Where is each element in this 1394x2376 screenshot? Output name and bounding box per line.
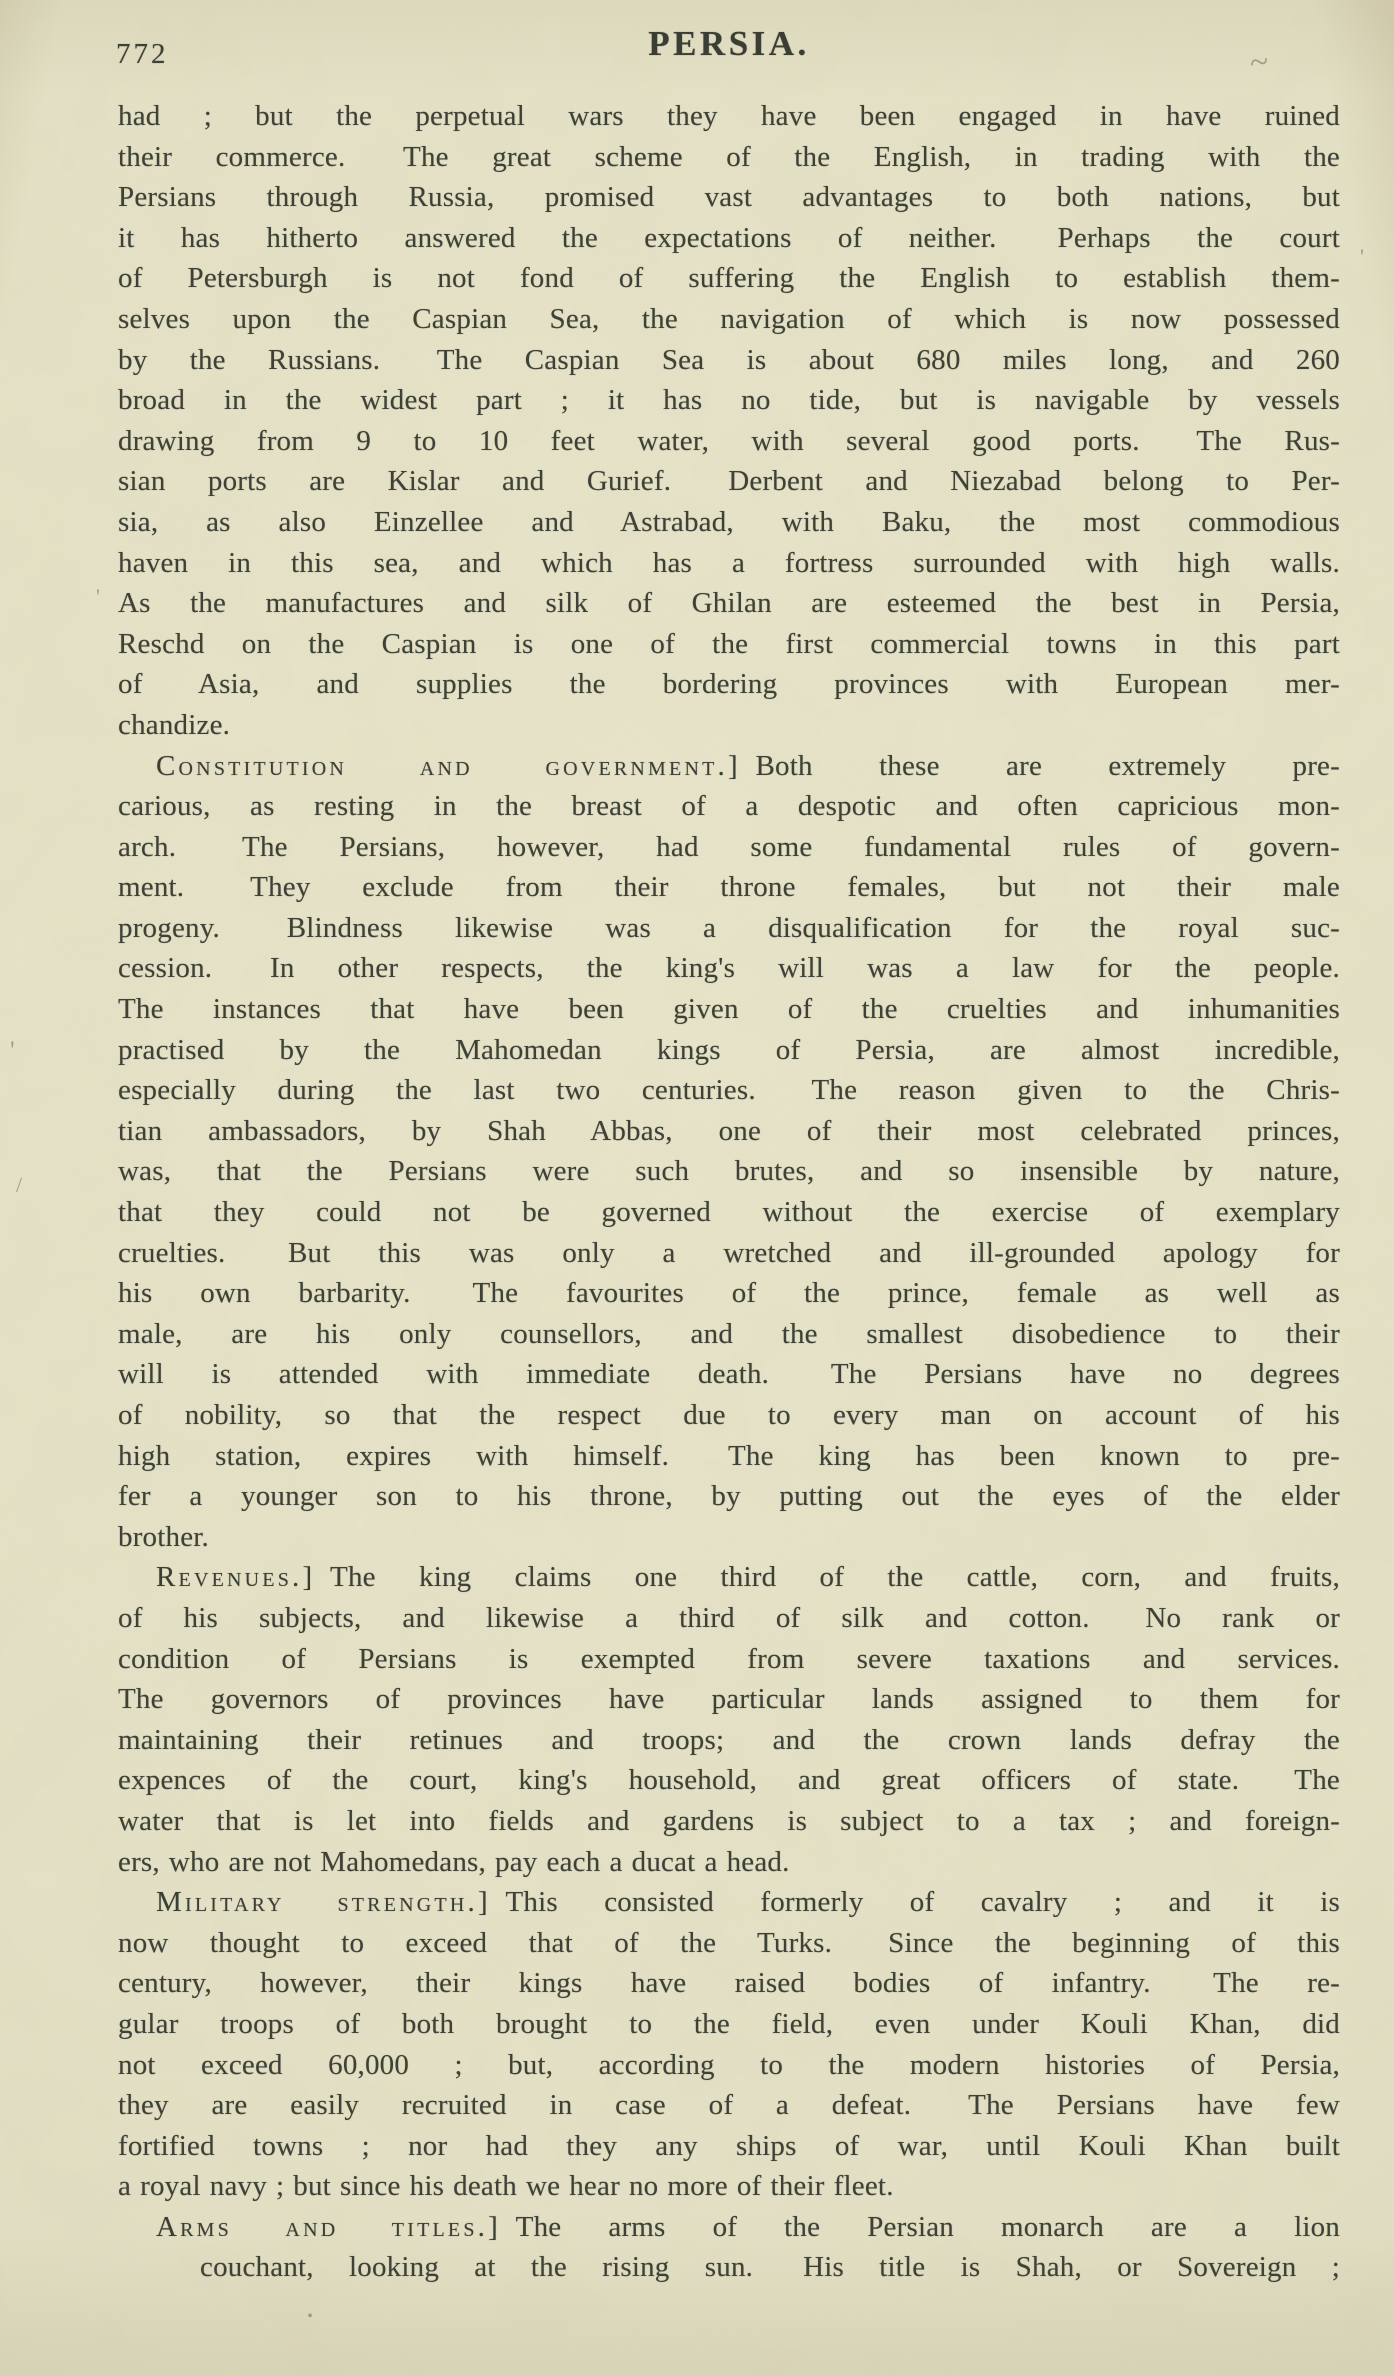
text-line: Military strength.] This consisted forme…: [118, 1882, 1340, 1923]
text-line: now thought to exceed that of the Turks.…: [118, 1923, 1340, 1964]
text-line: of his subjects, and likewise a third of…: [118, 1598, 1340, 1639]
scan-speck: ': [1360, 246, 1364, 268]
text-line: cruelties. But this was only a wretched …: [118, 1233, 1340, 1274]
text-line: tian ambassadors, by Shah Abbas, one of …: [118, 1111, 1340, 1152]
text-line: had ; but the perpetual wars they have b…: [118, 96, 1340, 137]
text-line: As the manufactures and silk of Ghilan a…: [118, 583, 1340, 624]
text-line: Persians through Russia, promised vast a…: [118, 177, 1340, 218]
running-title: PERSIA.: [118, 24, 1340, 64]
section-heading: Military strength.]: [156, 1886, 491, 1918]
text-line: condition of Persians is exempted from s…: [118, 1639, 1340, 1680]
scan-speck: .: [306, 2290, 314, 2322]
text-line: Revenues.] The king claims one third of …: [118, 1557, 1340, 1598]
text-line: practised by the Mahomedan kings of Pers…: [118, 1030, 1340, 1071]
text-line: ers, who are not Mahomedans, pay each a …: [118, 1842, 1340, 1883]
text-line: arch. The Persians, however, had some fu…: [118, 827, 1340, 868]
text-line: by the Russians. The Caspian Sea is abou…: [118, 340, 1340, 381]
text-line: broad in the widest part ; it has no tid…: [118, 380, 1340, 421]
text-line: progeny. Blindness likewise was a disqua…: [118, 908, 1340, 949]
text-line: water that is let into fields and garden…: [118, 1801, 1340, 1842]
text-line: drawing from 9 to 10 feet water, with se…: [118, 421, 1340, 462]
text-line: The governors of provinces have particul…: [118, 1679, 1340, 1720]
scan-speck: /: [16, 1174, 22, 1196]
text-line: it has hitherto answered the expectation…: [118, 218, 1340, 259]
text-line: fer a younger son to his throne, by putt…: [118, 1476, 1340, 1517]
text-line: maintaining their retinues and troops; a…: [118, 1720, 1340, 1761]
section-heading: Arms and titles.]: [156, 2211, 501, 2243]
scan-speck: ': [96, 586, 100, 608]
text-line: Constitution and government.] Both these…: [118, 746, 1340, 787]
text-line: a royal navy ; but since his death we he…: [118, 2166, 1340, 2207]
text-line: Reschd on the Caspian is one of the firs…: [118, 624, 1340, 665]
text-line: haven in this sea, and which has a fortr…: [118, 543, 1340, 584]
text-line: The instances that have been given of th…: [118, 989, 1340, 1030]
text-line: chandize.: [118, 705, 1340, 746]
text-line: they are easily recruited in case of a d…: [118, 2085, 1340, 2126]
text-line: of Petersburgh is not fond of suffering …: [118, 258, 1340, 299]
text-line: carious, as resting in the breast of a d…: [118, 786, 1340, 827]
text-line: sian ports are Kislar and Gurief. Derben…: [118, 461, 1340, 502]
text-line: cession. In other respects, the king's w…: [118, 948, 1340, 989]
text-line: selves upon the Caspian Sea, the navigat…: [118, 299, 1340, 340]
scan-speck: ': [10, 1038, 15, 1064]
text-line: century, however, their kings have raise…: [118, 1963, 1340, 2004]
text-line: brother.: [118, 1517, 1340, 1558]
text-line: that they could not be governed without …: [118, 1192, 1340, 1233]
text-line: expences of the court, king's household,…: [118, 1760, 1340, 1801]
text-line: especially during the last two centuries…: [118, 1070, 1340, 1111]
text-line: fortified towns ; nor had they any ships…: [118, 2126, 1340, 2167]
text-line: their commerce. The great scheme of the …: [118, 137, 1340, 178]
text-line: Arms and titles.] The arms of the Persia…: [118, 2207, 1340, 2248]
text-line: gular troops of both brought to the fiel…: [118, 2004, 1340, 2045]
text-line: sia, as also Einzellee and Astrabad, wit…: [118, 502, 1340, 543]
section-heading: Constitution and government.]: [156, 750, 741, 782]
text-line: of Asia, and supplies the bordering prov…: [118, 664, 1340, 705]
text-line: ment. They exclude from their throne fem…: [118, 867, 1340, 908]
text-line: will is attended with immediate death. T…: [118, 1354, 1340, 1395]
text-line: high station, expires with himself. The …: [118, 1436, 1340, 1477]
text-line: couchant, looking at the rising sun. His…: [118, 2247, 1340, 2288]
section-heading: Revenues.]: [156, 1561, 315, 1593]
text-line: his own barbarity. The favourites of the…: [118, 1273, 1340, 1314]
text-block: had ; but the perpetual wars they have b…: [118, 96, 1340, 2288]
text-line: not exceed 60,000 ; but, according to th…: [118, 2045, 1340, 2086]
text-line: was, that the Persians were such brutes,…: [118, 1151, 1340, 1192]
text-line: male, are his only counsellors, and the …: [118, 1314, 1340, 1355]
scanned-book-page: { "header": { "page_number": "772", "tit…: [0, 0, 1394, 2376]
text-line: of nobility, so that the respect due to …: [118, 1395, 1340, 1436]
